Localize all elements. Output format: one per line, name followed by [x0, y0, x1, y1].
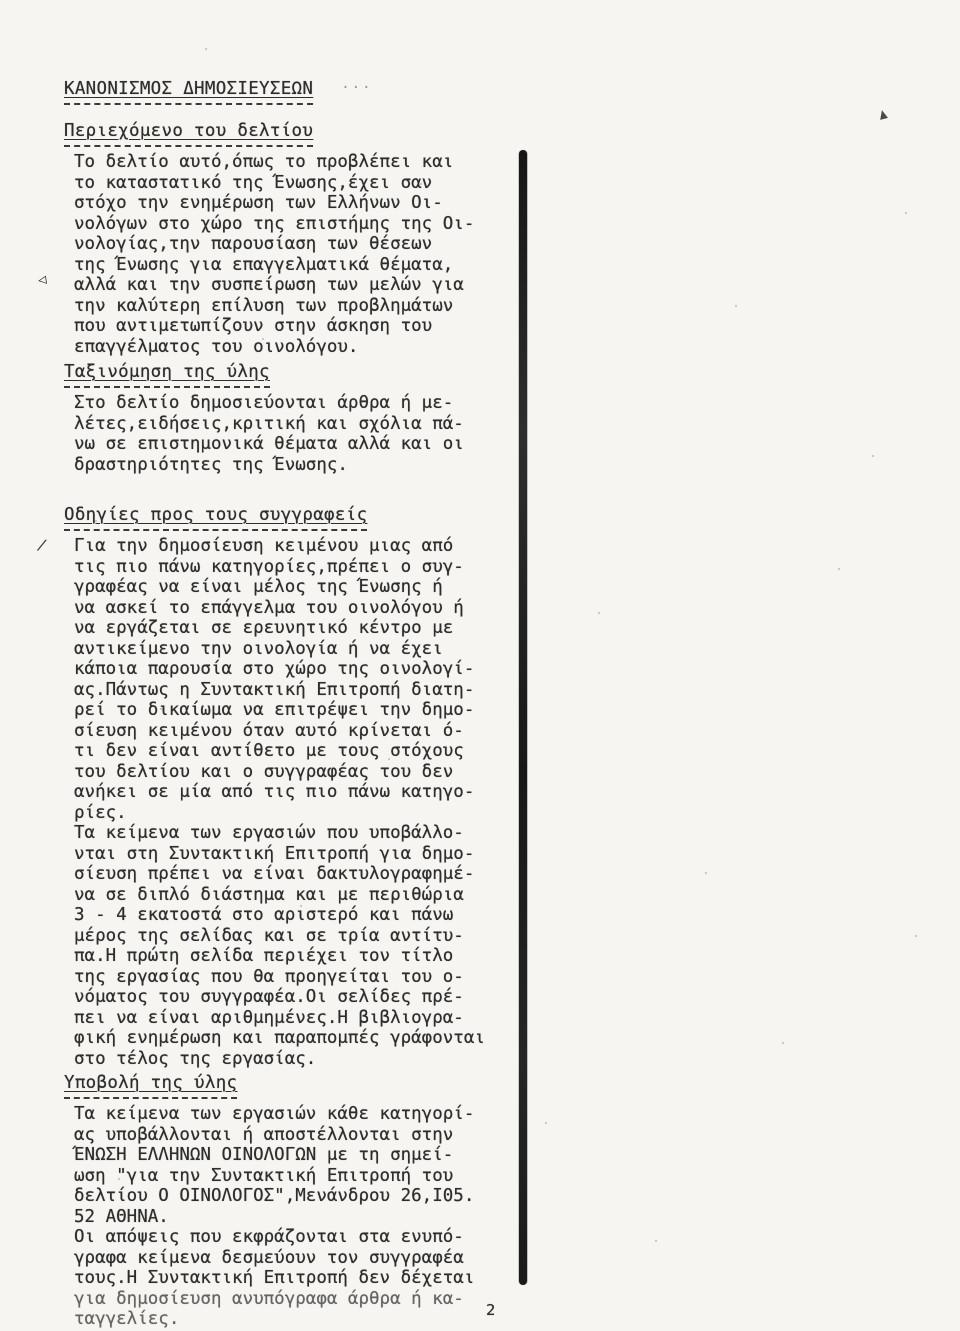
section-body-faded: για δημοσίευση ανυπόγραφα άρθρα ή κα- τα…	[74, 1289, 524, 1330]
section-heading: Οδηγίες προς τους συγγραφείς	[64, 505, 367, 531]
document-title: ΚΑΝΟΝΙΣΜΟΣ ΔΗΜΟΣΙΕΥΣΕΩΝ	[64, 79, 313, 105]
section-body: Τα κείμενα των εργασιών κάθε κατηγορί- α…	[74, 1104, 524, 1289]
section-heading: Ταξινόμηση της ύλης	[64, 362, 270, 388]
section-body: Για την δημοσίευση κειμένου μιας από τις…	[74, 536, 524, 1069]
section-body: Το δελτίο αυτό,όπως το προβλέπει και το …	[74, 152, 524, 357]
page-content: ΚΑΝΟΝΙΣΜΟΣ ΔΗΜΟΣΙΕΥΣΕΩΝ... Περιεχόμενο τ…	[64, 76, 524, 1330]
handwritten-arrow-mark: ◁	[37, 271, 48, 288]
section-classification: Ταξινόμηση της ύλης Στο δελτίο δημοσιεύο…	[64, 362, 524, 475]
scanned-document-page: ΚΑΝΟΝΙΣΜΟΣ ΔΗΜΟΣΙΕΥΣΕΩΝ... Περιεχόμενο τ…	[0, 0, 960, 1331]
title-row: ΚΑΝΟΝΙΣΜΟΣ ΔΗΜΟΣΙΕΥΣΕΩΝ...	[64, 76, 524, 105]
section-author-guidelines: Οδηγίες προς τους συγγραφείς Για την δημ…	[64, 505, 524, 1069]
section-submission: Υποβολή της ύλης Τα κείμενα των εργασιών…	[64, 1073, 524, 1330]
section-heading: Υποβολή της ύλης	[64, 1073, 237, 1099]
section-body: Στο δελτίο δημοσιεύονται άρθρα ή με- λέτ…	[74, 393, 524, 475]
section-heading: Περιεχόμενο του δελτίου	[64, 121, 313, 147]
section-heading-row: Οδηγίες προς τους συγγραφείς	[64, 505, 524, 531]
stray-ink-mark	[878, 109, 888, 120]
page-number: 2	[486, 1301, 495, 1319]
handwritten-slash-mark: /	[36, 535, 49, 554]
section-contents: Περιεχόμενο του δελτίου Το δελτίο αυτό,ό…	[64, 121, 524, 357]
section-heading-row: Ταξινόμηση της ύλης	[64, 362, 524, 388]
binding-line	[519, 150, 527, 1285]
ink-smudge: ...	[341, 76, 372, 92]
section-heading-row: Υποβολή της ύλης	[64, 1073, 524, 1099]
section-heading-row: Περιεχόμενο του δελτίου	[64, 121, 524, 147]
